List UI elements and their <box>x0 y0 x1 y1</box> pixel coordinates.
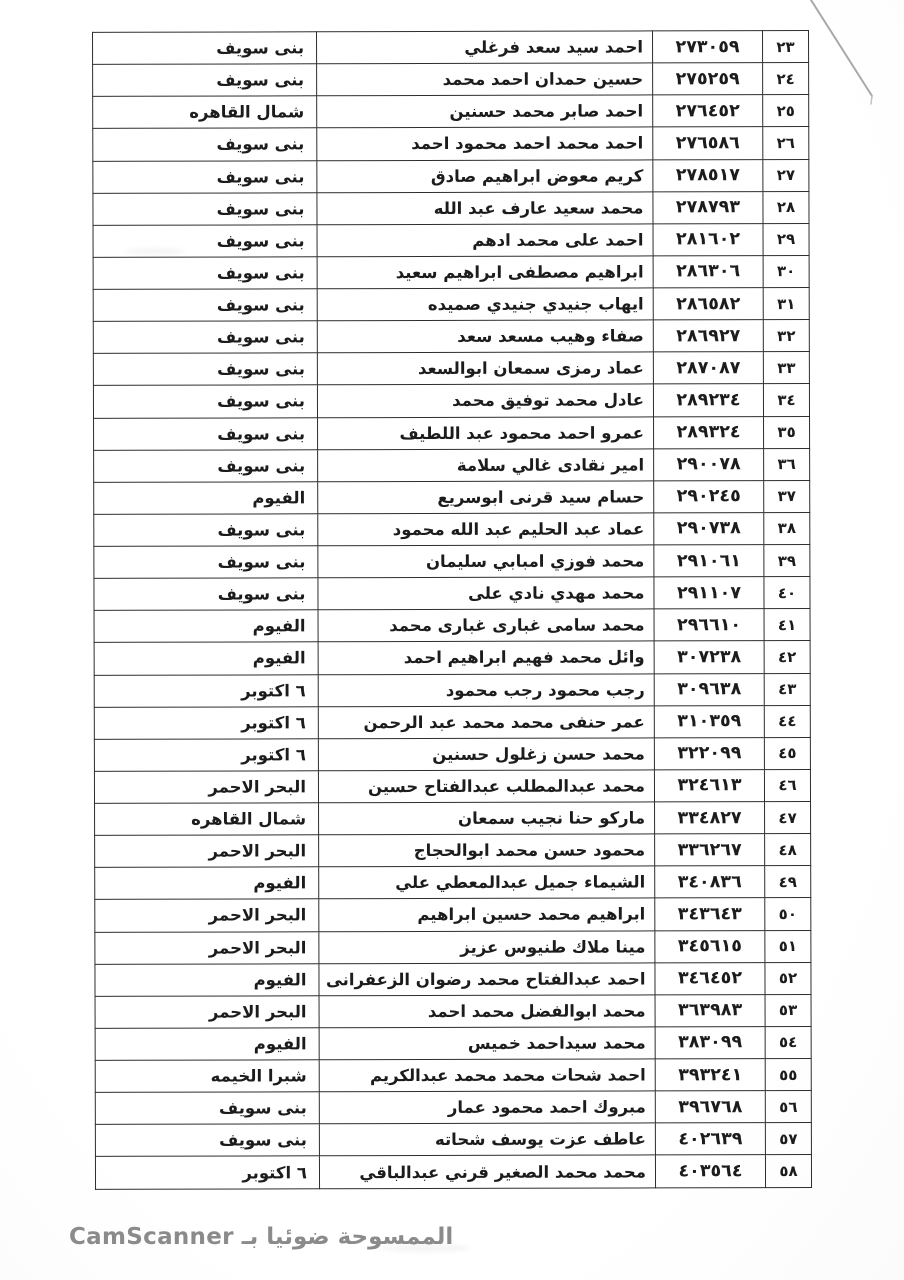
region-cell: الفيوم <box>94 610 318 643</box>
region-cell: شمال القاهره <box>93 96 317 129</box>
table-row: ٥٨٤٠٣٥٦٤محمد محمد الصغير قرني عبدالباقي٦… <box>95 1155 811 1189</box>
name-cell: مينا ملاك طنيوس عزيز <box>319 930 655 963</box>
table-row: ٣٤٢٨٩٢٣٤عادل محمد توفيق محمدبنى سويف <box>93 384 809 418</box>
id-number-cell: ٢٧٦٤٥٢ <box>653 95 763 127</box>
serial-number-cell: ٥٥ <box>765 1058 811 1090</box>
region-cell: بنى سويف <box>93 321 317 354</box>
name-cell: محمد حسن زغلول حسنين <box>318 738 654 771</box>
serial-number-cell: ٤٧ <box>765 801 811 833</box>
serial-number-cell: ٢٨ <box>763 191 809 223</box>
id-number-cell: ٢٨٦٥٨٢ <box>653 288 763 320</box>
id-number-cell: ٣٩٣٢٤١ <box>655 1059 765 1091</box>
table-row: ٣٠٢٨٦٣٠٦ابراهيم مصطفى ابراهيم سعيدبنى سو… <box>93 255 809 289</box>
serial-number-cell: ٤٨ <box>765 834 811 866</box>
name-cell: محمد سعيد عارف عبد الله <box>317 192 653 225</box>
region-cell: البحر الاحمر <box>95 899 319 932</box>
serial-number-cell: ٤٥ <box>764 737 810 769</box>
id-number-cell: ٣٣٦٢٦٧ <box>655 834 765 866</box>
region-cell: الفيوم <box>94 482 318 515</box>
serial-number-cell: ٣٥ <box>764 416 810 448</box>
serial-number-cell: ٥٣ <box>765 994 811 1026</box>
table-row: ٥٢٣٤٦٤٥٢احمد عبدالفتاح محمد رضوان الزعفر… <box>95 962 811 996</box>
serial-number-cell: ٣١ <box>763 288 809 320</box>
name-cell: ايهاب جنيدي جنيدي صميده <box>317 288 653 321</box>
name-cell: عادل محمد توفيق محمد <box>317 384 653 417</box>
serial-number-cell: ٥٢ <box>765 962 811 994</box>
table-row: ٤٧٣٣٤٨٢٧ماركو حنا نجيب سمعانشمال القاهره <box>95 801 811 835</box>
region-cell: البحر الاحمر <box>95 931 319 964</box>
id-number-cell: ٢٨٧٠٨٧ <box>653 352 763 384</box>
id-number-cell: ٣٢٢٠٩٩ <box>654 737 764 769</box>
serial-number-cell: ٤٩ <box>765 866 811 898</box>
id-number-cell: ٣٢٤٦١٣ <box>654 769 764 801</box>
table-row: ٤٥٣٢٢٠٩٩محمد حسن زغلول حسنين٦ اكتوبر <box>94 737 810 771</box>
region-cell: بنى سويف <box>93 128 317 161</box>
table-row: ٥٥٣٩٣٢٤١احمد شحات محمد محمد عبدالكريمشبر… <box>95 1058 811 1092</box>
region-cell: ٦ اكتوبر <box>95 1156 319 1189</box>
id-number-cell: ٢٩٠٢٤٥ <box>654 480 764 512</box>
serial-number-cell: ٥٨ <box>765 1155 811 1188</box>
table-row: ٢٧٢٧٨٥١٧كريم معوض ابراهيم صادقبنى سويف <box>93 159 809 193</box>
region-cell: الفيوم <box>95 1028 319 1061</box>
members-list-table: ٢٣٢٧٣٠٥٩احمد سيد سعد فرغليبنى سويف٢٤٢٧٥٢… <box>92 30 812 1190</box>
serial-number-cell: ٤٤ <box>764 705 810 737</box>
region-cell: شمال القاهره <box>95 803 319 836</box>
region-cell: بنى سويف <box>94 449 318 482</box>
id-number-cell: ٤٠٣٥٦٤ <box>655 1155 765 1188</box>
id-number-cell: ٢٧٨٧٩٣ <box>653 191 763 223</box>
serial-number-cell: ٤٢ <box>764 641 810 673</box>
name-cell: محمد مهدي نادي على <box>318 577 654 610</box>
table-row: ٥٣٣٦٣٩٨٣محمد ابوالفضل محمد احمدالبحر الا… <box>95 994 811 1028</box>
id-number-cell: ٣٩٦٧٦٨ <box>655 1091 765 1123</box>
region-cell: بنى سويف <box>94 578 318 611</box>
id-number-cell: ٢٧٦٥٨٦ <box>653 127 763 159</box>
name-cell: عماد عبد الحليم عبد الله محمود <box>318 513 654 546</box>
table-row: ٥٤٣٨٣٠٩٩محمد سيداحمد خميسالفيوم <box>95 1026 811 1060</box>
region-cell: ٦ اكتوبر <box>94 706 318 739</box>
table-row: ٢٩٢٨١٦٠٢احمد على محمد ادهمبنى سويف <box>93 223 809 257</box>
name-cell: ابراهيم محمد حسين ابراهيم <box>319 898 655 931</box>
serial-number-cell: ٢٥ <box>763 95 809 127</box>
id-number-cell: ٣٣٤٨٢٧ <box>655 802 765 834</box>
region-cell: الفيوم <box>95 867 319 900</box>
table-row: ٥١٣٤٥٦١٥مينا ملاك طنيوس عزيزالبحر الاحمر <box>95 930 811 964</box>
table-row: ٢٦٢٧٦٥٨٦احمد محمد احمد محمود احمدبنى سوي… <box>93 127 809 161</box>
region-cell: بنى سويف <box>94 546 318 579</box>
serial-number-cell: ٤٦ <box>764 769 810 801</box>
name-cell: الشيماء جميل عبدالمعطي علي <box>319 866 655 899</box>
id-number-cell: ٢٧٨٥١٧ <box>653 159 763 191</box>
id-number-cell: ٣٤٥٦١٥ <box>655 930 765 962</box>
name-cell: محمد عبدالمطلب عبدالفتاح حسين <box>318 770 654 803</box>
name-cell: وائل محمد فهيم ابراهيم احمد <box>318 641 654 674</box>
id-number-cell: ٢٩٠٠٧٨ <box>654 448 764 480</box>
serial-number-cell: ٤٠ <box>764 577 810 609</box>
table-row: ٥٦٣٩٦٧٦٨مبروك احمد محمود عماربنى سويف <box>95 1091 811 1125</box>
name-cell: امير نقادى غالي سلامة <box>318 449 654 482</box>
serial-number-cell: ٥٦ <box>765 1091 811 1123</box>
name-cell: احمد صابر محمد حسنين <box>317 95 653 128</box>
region-cell: الفيوم <box>95 963 319 996</box>
region-cell: بنى سويف <box>93 64 317 97</box>
id-number-cell: ٣٤٣٦٤٣ <box>655 898 765 930</box>
serial-number-cell: ٢٩ <box>763 223 809 255</box>
table-row: ٤٣٣٠٩٦٣٨رجب محمود رجب محمود٦ اكتوبر <box>94 673 810 707</box>
id-number-cell: ٢٩١٠٦١ <box>654 545 764 577</box>
name-cell: مبروك احمد محمود عمار <box>319 1091 655 1124</box>
serial-number-cell: ٣٤ <box>763 384 809 416</box>
region-cell: البحر الاحمر <box>94 771 318 804</box>
table-row: ٣٢٢٨٦٩٢٧صفاء وهيب مسعد سعدبنى سويف <box>93 320 809 354</box>
id-number-cell: ٢٨١٦٠٢ <box>653 223 763 255</box>
id-number-cell: ٣٠٧٢٣٨ <box>654 641 764 673</box>
name-cell: ماركو حنا نجيب سمعان <box>319 802 655 835</box>
table-row: ٢٣٢٧٣٠٥٩احمد سيد سعد فرغليبنى سويف <box>93 31 809 65</box>
table-row: ٤٦٣٢٤٦١٣محمد عبدالمطلب عبدالفتاح حسينالب… <box>94 769 810 803</box>
region-cell: بنى سويف <box>95 1124 319 1157</box>
table-row: ٢٥٢٧٦٤٥٢احمد صابر محمد حسنينشمال القاهره <box>93 95 809 129</box>
region-cell: شبرا الخيمه <box>95 1060 319 1093</box>
name-cell: محمود حسن محمد ابوالحجاج <box>319 834 655 867</box>
table-row: ٣٨٢٩٠٧٣٨عماد عبد الحليم عبد الله محمودبن… <box>94 512 810 546</box>
name-cell: عمر حنفى محمد محمد عبد الرحمن <box>318 706 654 739</box>
serial-number-cell: ٢٦ <box>763 127 809 159</box>
table-row: ٤٢٣٠٧٢٣٨وائل محمد فهيم ابراهيم احمدالفيو… <box>94 641 810 675</box>
table-row: ٣٦٢٩٠٠٧٨امير نقادى غالي سلامةبنى سويف <box>94 448 810 482</box>
id-number-cell: ٣٨٣٠٩٩ <box>655 1026 765 1058</box>
name-cell: احمد شحات محمد محمد عبدالكريم <box>319 1059 655 1092</box>
serial-number-cell: ٥١ <box>765 930 811 962</box>
name-cell: رجب محمود رجب محمود <box>318 673 654 706</box>
name-cell: عماد رمزى سمعان ابوالسعد <box>317 352 653 385</box>
name-cell: عاطف عزت يوسف شحاته <box>319 1123 655 1156</box>
name-cell: صفاء وهيب مسعد سعد <box>317 320 653 353</box>
name-cell: محمد سيداحمد خميس <box>319 1027 655 1060</box>
table-row: ٢٤٢٧٥٢٥٩حسين حمدان احمد محمدبنى سويف <box>93 63 809 97</box>
table-row: ٥٠٣٤٣٦٤٣ابراهيم محمد حسين ابراهيمالبحر ا… <box>95 898 811 932</box>
region-cell: بنى سويف <box>93 257 317 290</box>
region-cell: بنى سويف <box>93 289 317 322</box>
id-number-cell: ٢٨٦٣٠٦ <box>653 255 763 287</box>
region-cell: بنى سويف <box>93 160 317 193</box>
serial-number-cell: ٤١ <box>764 609 810 641</box>
name-cell: محمد سامى غبارى غبارى محمد <box>318 609 654 642</box>
serial-number-cell: ٣٦ <box>764 448 810 480</box>
region-cell: ٦ اكتوبر <box>94 739 318 772</box>
table-row: ٣٣٢٨٧٠٨٧عماد رمزى سمعان ابوالسعدبنى سويف <box>93 352 809 386</box>
scanned-document-page: ٢٣٢٧٣٠٥٩احمد سيد سعد فرغليبنى سويف٢٤٢٧٥٢… <box>0 0 904 1280</box>
camscanner-footer: الممسوحة ضوئيا بـ CamScanner <box>69 1224 838 1250</box>
serial-number-cell: ٢٧ <box>763 159 809 191</box>
name-cell: احمد سيد سعد فرغلي <box>317 31 653 64</box>
name-cell: محمد فوزي امبابي سليمان <box>318 545 654 578</box>
serial-number-cell: ٣٣ <box>763 352 809 384</box>
table-row: ٤٠٢٩١١٠٧محمد مهدي نادي علىبنى سويف <box>94 577 810 611</box>
name-cell: احمد عبدالفتاح محمد رضوان الزعفرانى <box>319 963 655 996</box>
table-row: ٤٨٣٣٦٢٦٧محمود حسن محمد ابوالحجاجالبحر ال… <box>95 834 811 868</box>
serial-number-cell: ٣٠ <box>763 255 809 287</box>
serial-number-cell: ٥٠ <box>765 898 811 930</box>
table-row: ٥٧٤٠٢٦٣٩عاطف عزت يوسف شحاتهبنى سويف <box>95 1123 811 1157</box>
region-cell: البحر الاحمر <box>95 835 319 868</box>
table-row: ٣٩٢٩١٠٦١محمد فوزي امبابي سليمانبنى سويف <box>94 544 810 578</box>
table-row: ٤١٢٩٦٦١٠محمد سامى غبارى غبارى محمدالفيوم <box>94 609 810 643</box>
region-cell: بنى سويف <box>93 385 317 418</box>
id-number-cell: ٢٨٩٣٢٤ <box>654 416 764 448</box>
name-cell: كريم معوض ابراهيم صادق <box>317 159 653 192</box>
table-row: ٣٥٢٨٩٣٢٤عمرو احمد محمود عبد اللطيفبنى سو… <box>94 416 810 450</box>
id-number-cell: ٤٠٢٦٣٩ <box>655 1123 765 1155</box>
name-cell: حسام سيد قرنى ابوسريع <box>318 481 654 514</box>
region-cell: البحر الاحمر <box>95 996 319 1029</box>
id-number-cell: ٢٧٣٠٥٩ <box>653 31 763 63</box>
table-row: ٣١٢٨٦٥٨٢ايهاب جنيدي جنيدي صميدهبنى سويف <box>93 288 809 322</box>
id-number-cell: ٢٩٦٦١٠ <box>654 609 764 641</box>
name-cell: عمرو احمد محمود عبد اللطيف <box>318 416 654 449</box>
region-cell: بنى سويف <box>94 514 318 547</box>
name-cell: حسين حمدان احمد محمد <box>317 63 653 96</box>
camscanner-footer-text: الممسوحة ضوئيا بـ CamScanner <box>69 1224 453 1250</box>
region-cell: بنى سويف <box>94 417 318 450</box>
serial-number-cell: ٢٣ <box>763 31 809 63</box>
serial-number-cell: ٣٧ <box>764 480 810 512</box>
region-cell: بنى سويف <box>93 192 317 225</box>
id-number-cell: ٢٧٥٢٥٩ <box>653 63 763 95</box>
region-cell: بنى سويف <box>95 1092 319 1125</box>
table-row: ٢٨٢٧٨٧٩٣محمد سعيد عارف عبد اللهبنى سويف <box>93 191 809 225</box>
table-row: ٤٤٣١٠٣٥٩عمر حنفى محمد محمد عبد الرحمن٦ ا… <box>94 705 810 739</box>
id-number-cell: ٢٨٩٢٣٤ <box>653 384 763 416</box>
serial-number-cell: ٤٣ <box>764 673 810 705</box>
serial-number-cell: ٣٩ <box>764 544 810 576</box>
serial-number-cell: ٣٨ <box>764 512 810 544</box>
id-number-cell: ٢٩١١٠٧ <box>654 577 764 609</box>
region-cell: ٦ اكتوبر <box>94 674 318 707</box>
serial-number-cell: ٥٤ <box>765 1026 811 1058</box>
serial-number-cell: ٥٧ <box>765 1123 811 1155</box>
serial-number-cell: ٢٤ <box>763 63 809 95</box>
table-row: ٣٧٢٩٠٢٤٥حسام سيد قرنى ابوسريعالفيوم <box>94 480 810 514</box>
id-number-cell: ٣٦٣٩٨٣ <box>655 994 765 1026</box>
name-cell: ابراهيم مصطفى ابراهيم سعيد <box>317 256 653 289</box>
id-number-cell: ٣٤٠٨٣٦ <box>655 866 765 898</box>
id-number-cell: ٢٨٦٩٢٧ <box>653 320 763 352</box>
region-cell: الفيوم <box>94 642 318 675</box>
name-cell: احمد محمد احمد محمود احمد <box>317 127 653 160</box>
id-number-cell: ٣١٠٣٥٩ <box>654 705 764 737</box>
id-number-cell: ٣٠٩٦٣٨ <box>654 673 764 705</box>
name-cell: محمد ابوالفضل محمد احمد <box>319 995 655 1028</box>
serial-number-cell: ٣٢ <box>763 320 809 352</box>
id-number-cell: ٢٩٠٧٣٨ <box>654 512 764 544</box>
name-cell: محمد محمد الصغير قرني عبدالباقي <box>319 1155 655 1189</box>
region-cell: بنى سويف <box>93 353 317 386</box>
region-cell: بنى سويف <box>93 32 317 65</box>
name-cell: احمد على محمد ادهم <box>317 224 653 257</box>
region-cell: بنى سويف <box>93 225 317 258</box>
id-number-cell: ٣٤٦٤٥٢ <box>655 962 765 994</box>
table-row: ٤٩٣٤٠٨٣٦الشيماء جميل عبدالمعطي عليالفيوم <box>95 866 811 900</box>
